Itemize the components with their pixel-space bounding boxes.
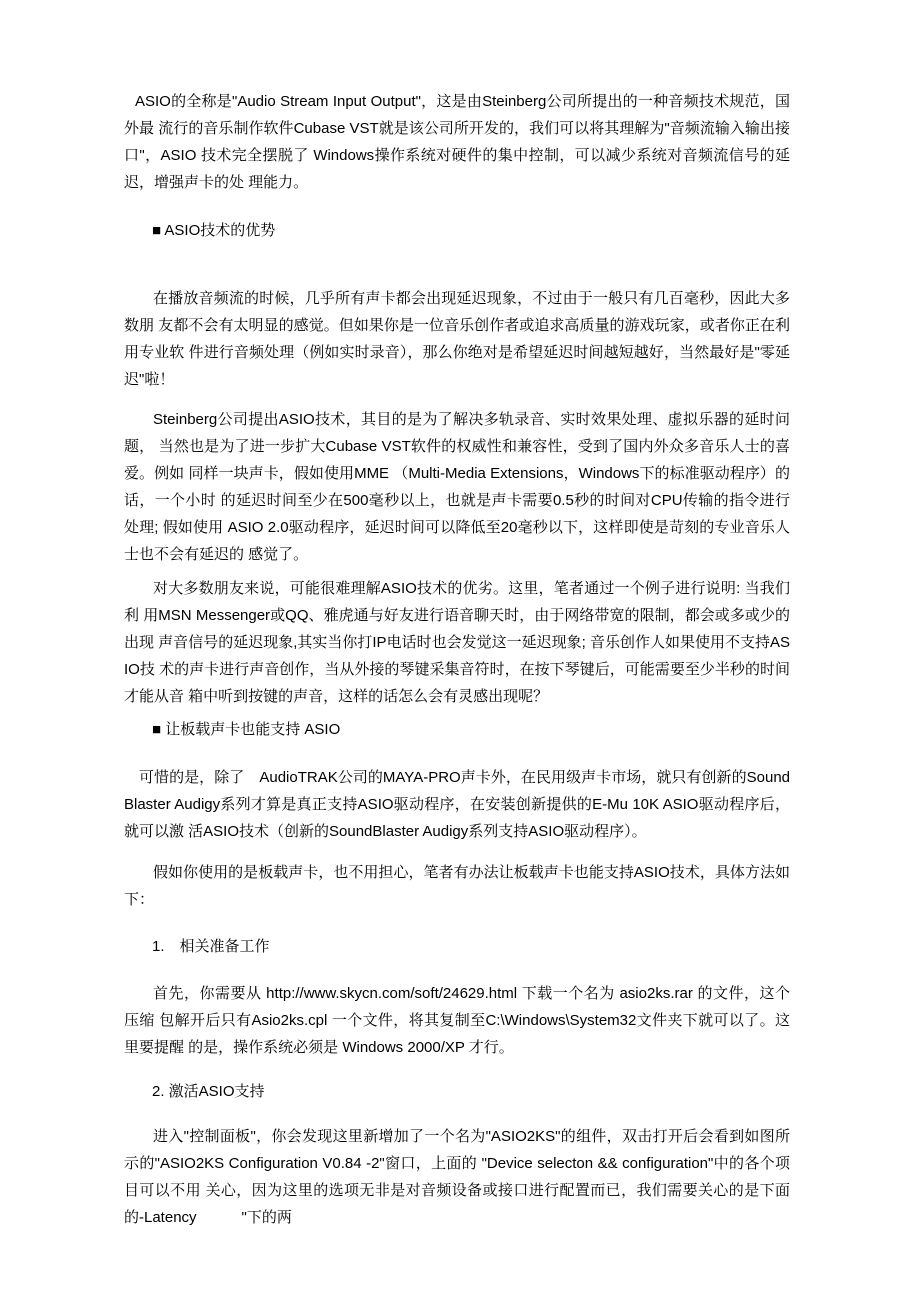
paragraph-steinberg-mme: Steinberg公司提出ASIO技术，其目的是为了解决多轨录音、实时效果处理、… xyxy=(124,406,790,568)
paragraph-control-panel: 进入"控制面板"，你会发现这里新增加了一个名为"ASIO2KS"的组件，双击打开… xyxy=(124,1123,790,1231)
document-page: ASIO的全称是"Audio Stream Input Output"，这是由S… xyxy=(0,0,790,1231)
paragraph-onboard-solution: 假如你使用的是板载声卡，也不用担心，笔者有办法让板载声卡也能支持ASIO技术，具… xyxy=(124,859,790,913)
step-heading-preparation: 1. 相关准备工作 xyxy=(124,933,790,960)
paragraph-download-asio2ks: 首先，你需要从 http://www.skycn.com/soft/24629.… xyxy=(124,980,790,1061)
step-heading-activate-asio: 2. 激活ASIO支持 xyxy=(124,1078,790,1105)
paragraph-playback-latency: 在播放音频流的时候，几乎所有声卡都会出现延迟现象，不过由于一般只有几百毫秒，因此… xyxy=(124,285,790,393)
heading-onboard-asio: ■ 让板载声卡也能支持 ASIO xyxy=(124,716,790,743)
heading-asio-advantages: ■ ASIO技术的优势 xyxy=(124,217,790,244)
paragraph-audiotrak-soundblaster: 可惜的是，除了 AudioTRAK公司的MAYA-PRO声卡外，在民用级声卡市场… xyxy=(124,764,790,845)
paragraph-msn-example: 对大多数朋友来说，可能很难理解ASIO技术的优劣。这里，笔者通过一个例子进行说明… xyxy=(124,575,790,710)
paragraph-asio-definition: ASIO的全称是"Audio Stream Input Output"，这是由S… xyxy=(124,88,790,196)
